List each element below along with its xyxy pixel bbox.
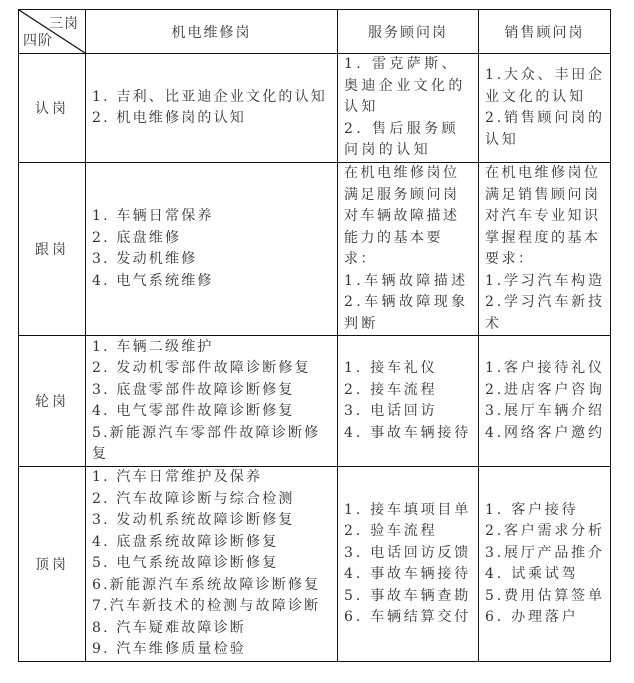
corner-bottom-label: 四阶 xyxy=(23,30,53,50)
service-cell: 1. 接车填项目单 2. 验车流程 3. 电话回访反馈 4. 事故车辆接待 5.… xyxy=(338,467,479,662)
mechanic-cell: 1. 吉利、比亚迪企业文化的认知 2. 机电维修岗的认知 xyxy=(86,54,338,163)
list-item: 1. 车辆日常保养 xyxy=(92,206,333,228)
list-item: 3. 底盘零部件故障诊断修复 xyxy=(92,380,333,402)
sales-cell: 1.大众、丰田企业文化的认知 2.销售顾问岗的认知 xyxy=(479,54,611,163)
stage-label: 跟岗 xyxy=(19,163,86,336)
list-item: 4. 事故车辆接待 xyxy=(344,564,474,586)
list-item: 1.车辆故障描述 xyxy=(344,271,474,293)
list-item: 4. 电气零部件故障诊断修复 xyxy=(92,401,333,423)
column-header-service: 服务顾问岗 xyxy=(338,10,479,54)
list-item: 3. 发动机维修 xyxy=(92,249,333,271)
stage-label: 顶岗 xyxy=(19,467,86,662)
list-item: 6. 车辆结算交付 xyxy=(344,607,474,629)
list-item: 2. 底盘维修 xyxy=(92,228,333,250)
mechanic-cell: 1. 汽车日常维护及保养 2. 汽车故障诊断与综合检测 3. 发动机系统故障诊断… xyxy=(86,467,338,662)
stage-label: 认岗 xyxy=(19,54,86,163)
table-row: 轮岗 1. 车辆二级维护 2. 发动机零部件故障诊断修复 3. 底盘零部件故障诊… xyxy=(19,336,611,467)
list-item: 2. 售后服务顾问岗的认知 xyxy=(344,119,474,162)
list-item: 1. 接车礼仪 xyxy=(344,358,474,380)
list-item: 4.网络客户邀约 xyxy=(485,423,606,445)
list-item: 2.客户需求分析 xyxy=(485,521,606,543)
list-item: 7.汽车新技术的检测与故障诊断 xyxy=(92,596,333,618)
sales-cell: 1. 客户接待 2.客户需求分析 3.展厅产品推介 4. 试乘试驾 5.费用估算… xyxy=(479,467,611,662)
list-item: 2.学习汽车新技术 xyxy=(485,292,606,335)
list-item: 1. 车辆二级维护 xyxy=(92,337,333,359)
list-item: 4. 底盘系统故障诊断修复 xyxy=(92,532,333,554)
list-item: 2. 发动机零部件故障诊断修复 xyxy=(92,358,333,380)
service-cell: 1. 雷克萨斯、奥迪企业文化的认知 2. 售后服务顾问岗的认知 xyxy=(338,54,479,163)
column-header-mechanic: 机电维修岗 xyxy=(86,10,338,54)
sales-cell: 1.客户接待礼仪 2.进店客户咨询 3.展厅车辆介绍 4.网络客户邀约 xyxy=(479,336,611,467)
list-item: 5.费用估算签单 xyxy=(485,586,606,608)
stage-label: 轮岗 xyxy=(19,336,86,467)
list-item: 3.展厅产品推介 xyxy=(485,543,606,565)
list-item: 6. 办理落户 xyxy=(485,607,606,629)
list-item: 2.销售顾问岗的认知 xyxy=(485,108,606,151)
list-item: 2.进店客户咨询 xyxy=(485,380,606,402)
column-header-sales: 销售顾问岗 xyxy=(479,10,611,54)
list-item: 1.客户接待礼仪 xyxy=(485,358,606,380)
list-item: 3.展厅车辆介绍 xyxy=(485,401,606,423)
list-item: 3. 电话回访反馈 xyxy=(344,543,474,565)
table-row: 认岗 1. 吉利、比亚迪企业文化的认知 2. 机电维修岗的认知 1. 雷克萨斯、… xyxy=(19,54,611,163)
list-item: 8. 汽车疑难故障诊断 xyxy=(92,618,333,640)
list-item: 6.新能源汽车系统故障诊断修复 xyxy=(92,575,333,597)
list-item: 9. 汽车维修质量检验 xyxy=(92,639,333,661)
header-row: 三岗 四阶 机电维修岗 服务顾问岗 销售顾问岗 xyxy=(19,10,611,54)
list-item: 1. 接车填项目单 xyxy=(344,500,474,522)
list-item: 2. 汽车故障诊断与综合检测 xyxy=(92,489,333,511)
list-item: 1. 客户接待 xyxy=(485,500,606,522)
corner-top-label: 三岗 xyxy=(49,13,79,33)
mechanic-cell: 1. 车辆日常保养 2. 底盘维修 3. 发动机维修 4. 电气系统维修 xyxy=(86,163,338,336)
list-item: 4. 电气系统维修 xyxy=(92,271,333,293)
mechanic-cell: 1. 车辆二级维护 2. 发动机零部件故障诊断修复 3. 底盘零部件故障诊断修复… xyxy=(86,336,338,467)
list-item: 4. 试乘试驾 xyxy=(485,564,606,586)
list-item: 3. 电话回访 xyxy=(344,401,474,423)
table-row: 顶岗 1. 汽车日常维护及保养 2. 汽车故障诊断与综合检测 3. 发动机系统故… xyxy=(19,467,611,662)
list-item: 5.新能源汽车零部件故障诊断修复 xyxy=(92,423,333,466)
list-item: 2. 验车流程 xyxy=(344,521,474,543)
list-item: 1.大众、丰田企业文化的认知 xyxy=(485,65,606,108)
list-item: 5. 事故车辆查勘 xyxy=(344,586,474,608)
list-item: 2.车辆故障现象判断 xyxy=(344,292,474,335)
sales-cell: 在机电维修岗位满足销售顾问岗对汽车专业知识掌握程度的基本要求： 1.学习汽车构造… xyxy=(479,163,611,336)
service-intro: 在机电维修岗位满足服务顾问岗对车辆故障描述能力的基本要求： xyxy=(338,163,478,271)
corner-header: 三岗 四阶 xyxy=(19,10,86,54)
list-item: 2. 机电维修岗的认知 xyxy=(92,108,333,130)
list-item: 4. 事故车辆接待 xyxy=(344,423,474,445)
sales-intro: 在机电维修岗位满足销售顾问岗对汽车专业知识掌握程度的基本要求： xyxy=(479,163,610,271)
list-item: 1. 雷克萨斯、奥迪企业文化的认知 xyxy=(344,54,474,119)
list-item: 1. 汽车日常维护及保养 xyxy=(92,467,333,489)
list-item: 1. 吉利、比亚迪企业文化的认知 xyxy=(92,87,333,109)
service-cell: 在机电维修岗位满足服务顾问岗对车辆故障描述能力的基本要求： 1.车辆故障描述 2… xyxy=(338,163,479,336)
list-item: 2. 接车流程 xyxy=(344,380,474,402)
table-row: 跟岗 1. 车辆日常保养 2. 底盘维修 3. 发动机维修 4. 电气系统维修 … xyxy=(19,163,611,336)
list-item: 5. 电气系统故障诊断修复 xyxy=(92,553,333,575)
list-item: 1.学习汽车构造 xyxy=(485,271,606,293)
list-item: 3. 发动机系统故障诊断修复 xyxy=(92,510,333,532)
training-plan-table: 三岗 四阶 机电维修岗 服务顾问岗 销售顾问岗 认岗 1. 吉利、比亚迪企业文化… xyxy=(18,9,611,662)
service-cell: 1. 接车礼仪 2. 接车流程 3. 电话回访 4. 事故车辆接待 xyxy=(338,336,479,467)
